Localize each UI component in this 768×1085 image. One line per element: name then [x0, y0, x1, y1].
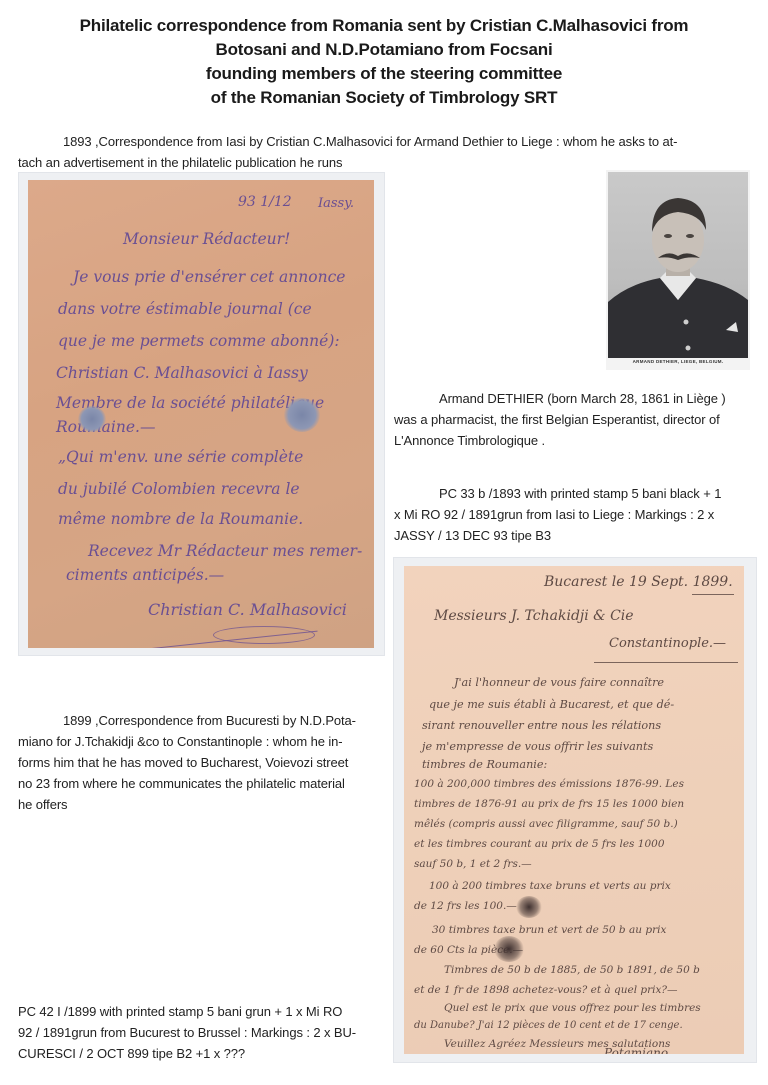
postcard-line: 100 à 200,000 timbres des émissions 1876…	[414, 778, 684, 790]
ink-smudge	[494, 936, 524, 962]
bio-line: Armand DETHIER (born March 28, 1861 in L…	[439, 391, 726, 406]
portrait-photo	[608, 172, 748, 358]
postcard-1893: 93 1/12 Iassy. Monsieur Rédacteur! Je vo…	[28, 180, 374, 648]
intro-1893: 1893 ,Correspondence from Iasi by Cristi…	[18, 131, 758, 173]
title-line: Botosani and N.D.Potamiano from Focsani	[0, 38, 768, 62]
stamp-desc-line: PC 33 b /1893 with printed stamp 5 bani …	[439, 486, 721, 501]
intro-1893-line: tach an advertisement in the philatelic …	[18, 155, 342, 170]
postcard-line: Quel est le prix que vous offrez pour le…	[444, 1002, 701, 1014]
postcard-line: que je me permets comme abonné):	[58, 332, 340, 350]
bio-line: L'Annonce Timbrologique .	[394, 430, 764, 451]
postcard-1893-image: 93 1/12 Iassy. Monsieur Rédacteur! Je vo…	[18, 172, 385, 656]
stamp-desc-line: CURESCI / 2 OCT 899 tipe B2 +1 x ???	[18, 1043, 393, 1064]
postcard-line: du jubilé Colombien recevra le	[58, 480, 300, 498]
postcard-line: même nombre de la Roumanie.	[58, 510, 303, 528]
postcard-line: 100 à 200 timbres taxe bruns et verts au…	[429, 880, 671, 892]
postcard-line: dans votre éstimable journal (ce	[58, 300, 312, 318]
postcard-line: du Danube? J'ai 12 pièces de 10 cent et …	[414, 1020, 683, 1031]
title-line: Philatelic correspondence from Romania s…	[0, 14, 768, 38]
dethier-bio: Armand DETHIER (born March 28, 1861 in L…	[394, 388, 764, 451]
signature-flourish	[213, 626, 315, 644]
bio-line: was a pharmacist, the first Belgian Espe…	[394, 409, 764, 430]
postcard-date: 93 1/12	[238, 194, 292, 210]
stamp-desc-line: JASSY / 13 DEC 93 tipe B3	[394, 525, 764, 546]
postcard-line: Christian C. Malhasovici à Iassy	[56, 364, 308, 382]
postcard-line: de 12 frs les 100.—	[414, 900, 517, 912]
postcard-line: Monsieur Rédacteur!	[123, 230, 290, 248]
postcard-signature: Potamiano	[604, 1046, 668, 1054]
portrait-armand-dethier: ARMAND DETHIER, LIEGE, BELGIUM.	[606, 170, 750, 370]
postcard-line: Je vous prie d'ensérer cet annonce	[73, 268, 345, 286]
title-line: founding members of the steering committ…	[0, 62, 768, 86]
intro-1899: 1899 ,Correspondence from Bucuresti by N…	[18, 710, 388, 815]
postcard-line: 30 timbres taxe brun et vert de 50 b au …	[432, 924, 666, 936]
ink-blot	[78, 406, 106, 432]
postcard-line: je m'empresse de vous offrir les suivant…	[422, 740, 653, 753]
postcard-line: timbres de Roumanie:	[422, 758, 547, 771]
postcard-line: mêlés (compris aussi avec filigramme, sa…	[414, 818, 678, 830]
intro-1899-line: forms him that he has moved to Bucharest…	[18, 752, 388, 773]
stamp-description-1899: PC 42 I /1899 with printed stamp 5 bani …	[18, 1001, 393, 1064]
postcard-line: Constantinople.—	[609, 636, 726, 651]
postcard-line: sauf 50 b, 1 et 2 frs.—	[414, 858, 532, 870]
title-line: of the Romanian Society of Timbrology SR…	[0, 86, 768, 110]
postcard-1899: Bucarest le 19 Sept. 1899. Messieurs J. …	[404, 566, 744, 1054]
postcard-line: que je me suis établi à Bucarest, et que…	[429, 698, 674, 711]
stamp-desc-line: PC 42 I /1899 with printed stamp 5 bani …	[18, 1001, 393, 1022]
ink-blot	[284, 398, 320, 432]
ink-smudge	[516, 896, 542, 918]
postcard-line: ciments anticipés.—	[66, 566, 224, 584]
postcard-signature: Christian C. Malhasovici	[148, 600, 347, 619]
postcard-line: timbres de 1876-91 au prix de frs 15 les…	[414, 798, 684, 810]
portrait-caption: ARMAND DETHIER, LIEGE, BELGIUM.	[606, 359, 750, 364]
date-underline	[692, 594, 734, 595]
postcard-line: J'ai l'honneur de vous faire connaître	[454, 676, 664, 689]
page-title: Philatelic correspondence from Romania s…	[0, 14, 768, 110]
postcard-line: „Qui m'env. une série complète	[58, 448, 303, 466]
portrait-figure	[608, 172, 748, 358]
intro-1893-line: 1893 ,Correspondence from Iasi by Cristi…	[63, 134, 677, 149]
stamp-description-1893: PC 33 b /1893 with printed stamp 5 bani …	[394, 483, 764, 546]
postcard-line: Messieurs J. Tchakidji & Cie	[434, 608, 634, 624]
stamp-desc-line: x Mi RO 92 / 1891grun from Iasi to Liege…	[394, 504, 764, 525]
postcard-line: Bucarest le 19 Sept. 1899.	[544, 574, 733, 590]
intro-1899-line: miano for J.Tchakidji &co to Constantino…	[18, 731, 388, 752]
stamp-desc-line: 92 / 1891grun from Bucurest to Brussel :…	[18, 1022, 393, 1043]
postcard-1899-image: Bucarest le 19 Sept. 1899. Messieurs J. …	[393, 557, 757, 1063]
postcard-line: sirant renouveller entre nous les rélati…	[422, 719, 661, 732]
postcard-place: Iassy.	[318, 196, 354, 211]
postcard-line: et de 1 fr de 1898 achetez-vous? et à qu…	[414, 984, 678, 996]
postcard-line: et les timbres courant au prix de 5 frs …	[414, 838, 665, 850]
postcard-line: Recevez Mr Rédacteur mes remer-	[88, 542, 362, 560]
address-underline	[594, 662, 738, 663]
postcard-line: Timbres de 50 b de 1885, de 50 b 1891, d…	[444, 964, 700, 976]
intro-1899-line: he offers	[18, 794, 388, 815]
intro-1899-line: no 23 from where he communicates the phi…	[18, 773, 388, 794]
intro-1899-line: 1899 ,Correspondence from Bucuresti by N…	[63, 713, 356, 728]
